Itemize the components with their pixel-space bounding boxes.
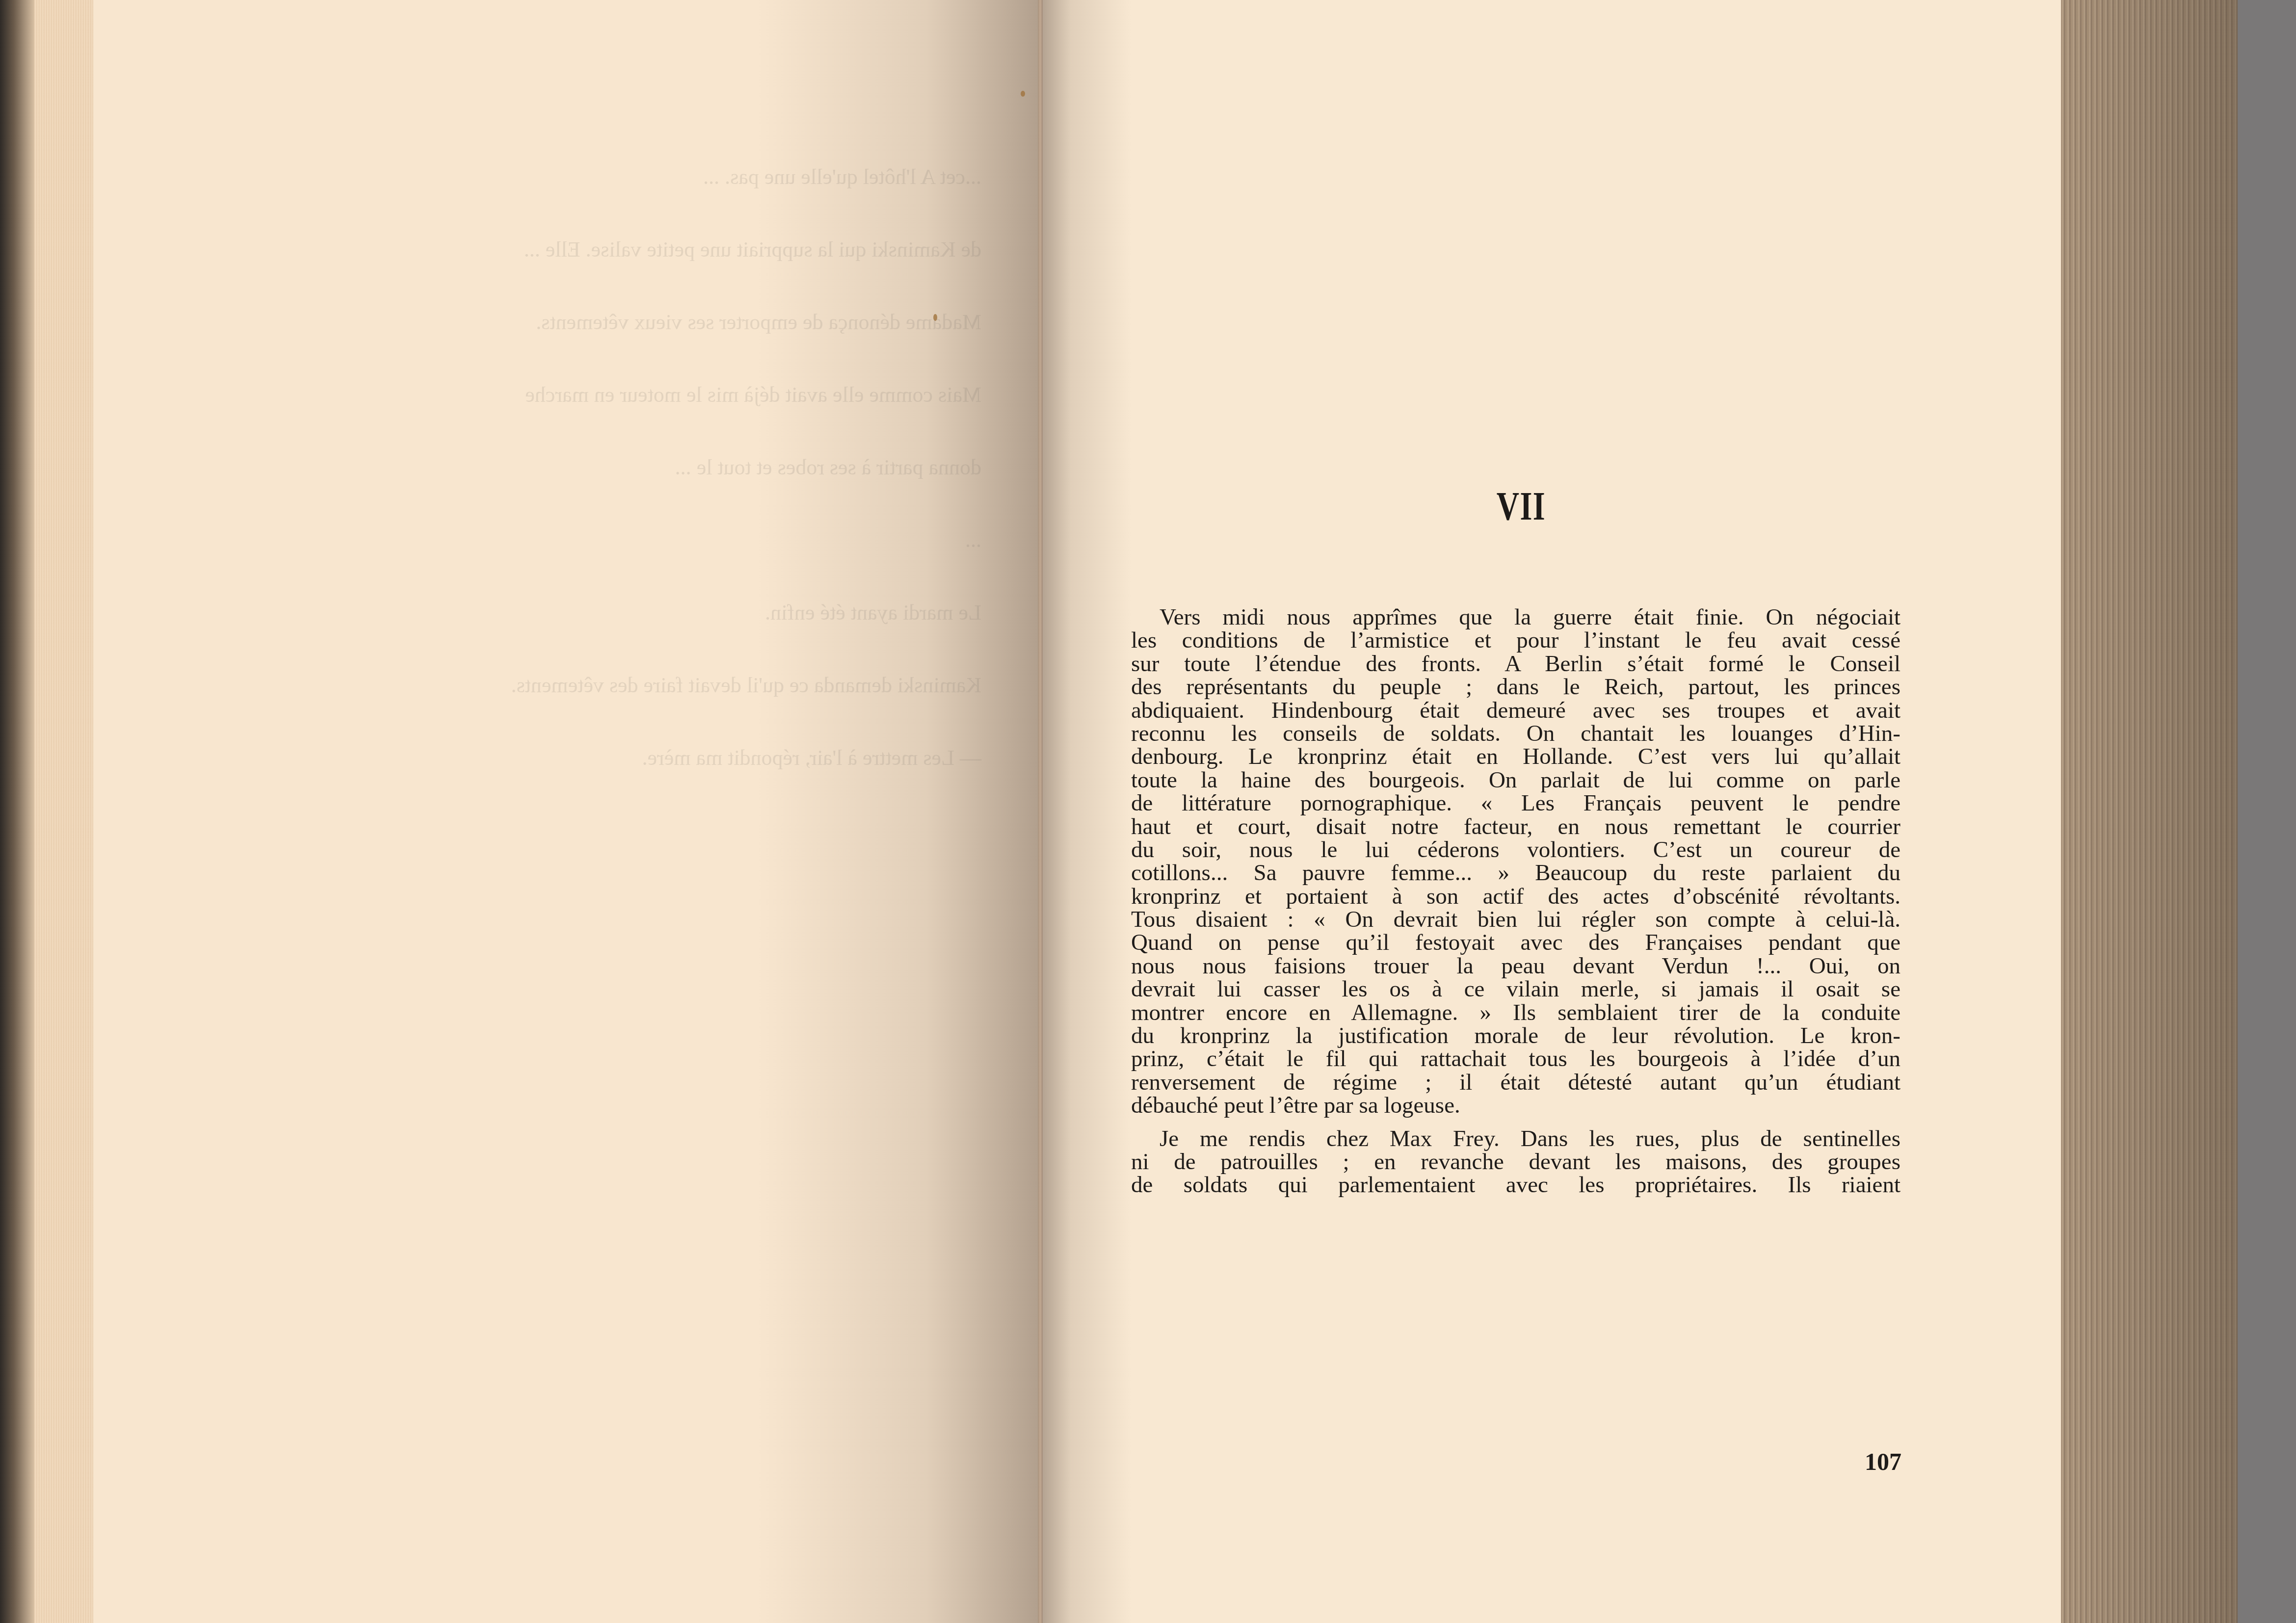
text-line: cotillons... Sa pauvre femme... » Beauco… (1131, 862, 1900, 885)
text-line: devrait lui casser les os à ce vilain me… (1131, 978, 1900, 1001)
text-line: Je me rendis chez Max Frey. Dans les rue… (1131, 1127, 1900, 1151)
text-line: nous nous faisions trouer la peau devant… (1131, 955, 1900, 978)
text-line: Quand on pense qu’il festoyait avec des … (1131, 931, 1900, 954)
text-line: du soir, nous le lui céderons volontiers… (1131, 838, 1900, 862)
text-line: sur toute l’étendue des fronts. A Berlin… (1131, 653, 1900, 676)
text-line: abdiquaient. Hindenbourg était demeuré a… (1131, 699, 1900, 722)
right-fore-edge (2061, 0, 2238, 1623)
text-line: ni de patrouilles ; en revanche devant l… (1131, 1151, 1900, 1174)
text-line: denbourg. Le kronprinz était en Hollande… (1131, 745, 1900, 768)
text-line: débauché peut l’être par sa logeuse. (1131, 1094, 1900, 1117)
scanner-background (2238, 0, 2296, 1623)
left-fore-edge (34, 0, 93, 1623)
book-gutter (1038, 0, 1043, 1623)
left-page (93, 0, 1040, 1623)
text-line: montrer encore en Allemagne. » Ils sembl… (1131, 1001, 1900, 1024)
paragraph: Vers midi nous apprîmes que la guerre ét… (1131, 606, 1900, 1118)
text-line: renversement de régime ; il était détest… (1131, 1071, 1900, 1094)
text-line: haut et court, disait notre facteur, en … (1131, 815, 1900, 838)
paper-stain (1021, 91, 1025, 97)
paper-stain (933, 314, 937, 321)
text-line: du kronprinz la justification morale de … (1131, 1024, 1900, 1047)
text-line: reconnu les conseils de soldats. On chan… (1131, 722, 1900, 745)
chapter-heading: VII (1215, 483, 1827, 529)
page-body: Vers midi nous apprîmes que la guerre ét… (1131, 606, 1900, 1197)
text-line: des représentants du peuple ; dans le Re… (1131, 676, 1900, 699)
text-line: toute la haine des bourgeois. On parlait… (1131, 769, 1900, 792)
text-line: kronprinz et portaient à son actif des a… (1131, 885, 1900, 908)
text-line: de soldats qui parlementaient avec les p… (1131, 1174, 1900, 1197)
book-scan: ...cet A l'hôtel qu'elle une pas. ... de… (0, 0, 2296, 1623)
text-line: Vers midi nous apprîmes que la guerre ét… (1131, 606, 1900, 629)
page-number: 107 (1816, 1447, 1901, 1476)
text-line: Tous disaient : « On devrait bien lui ré… (1131, 908, 1900, 931)
left-cover-edge (0, 0, 34, 1623)
text-line: les conditions de l’armistice et pour l’… (1131, 629, 1900, 652)
text-line: de littérature pornographique. « Les Fra… (1131, 792, 1900, 815)
text-line: prinz, c’était le fil qui rattachait tou… (1131, 1047, 1900, 1071)
paragraph: Je me rendis chez Max Frey. Dans les rue… (1131, 1127, 1900, 1197)
